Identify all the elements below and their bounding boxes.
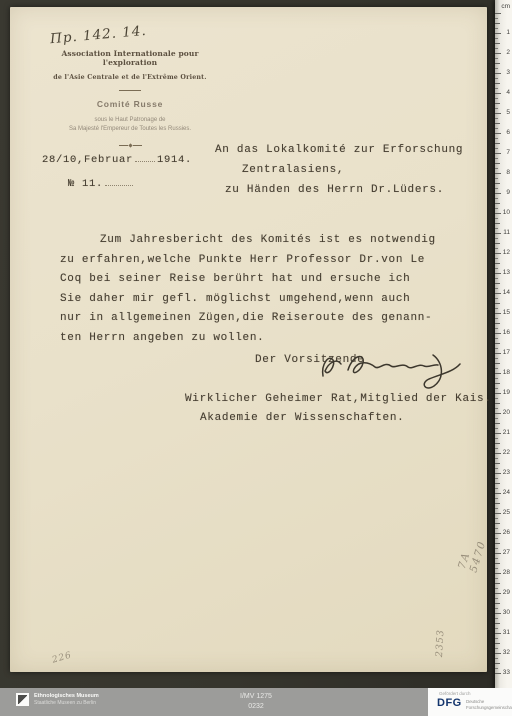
ruler-tick — [495, 598, 498, 599]
ruler-tick — [495, 318, 498, 319]
ruler-tick — [495, 243, 500, 244]
funder-box: Gefördert durch DFG Deutsche Forschungsg… — [428, 688, 512, 716]
ruler-tick — [495, 23, 500, 24]
letterhead-committee: Comité Russe — [40, 99, 220, 109]
ruler-tick — [495, 613, 501, 614]
ruler-tick — [495, 313, 501, 314]
ruler-tick — [495, 378, 498, 379]
ruler-tick — [495, 608, 498, 609]
year-text: 1914. — [157, 154, 192, 166]
ruler-tick — [495, 403, 500, 404]
ruler-tick — [495, 663, 500, 664]
ruler-tick — [495, 158, 498, 159]
ruler-tick — [495, 333, 501, 334]
ruler-tick — [495, 518, 498, 519]
ruler-tick — [495, 513, 501, 514]
ruler-tick — [495, 213, 501, 214]
ruler-tick — [495, 463, 500, 464]
ruler-tick — [495, 263, 500, 264]
ruler-tick — [495, 258, 498, 259]
ruler-tick — [495, 223, 500, 224]
ruler-tick — [495, 473, 501, 474]
ruler-tick-label: 9 — [506, 189, 510, 197]
letterhead-association-line2: de l'Asie Centrale et de l'Extrême Orien… — [40, 74, 220, 81]
ruler-tick — [495, 538, 498, 539]
ruler-tick — [495, 623, 500, 624]
ruler-tick-label: 7 — [506, 149, 510, 157]
ruler-tick — [495, 628, 498, 629]
ruler-tick-label: 2 — [506, 49, 510, 57]
ruler-tick — [495, 603, 500, 604]
ruler-tick — [495, 203, 500, 204]
ruler-tick-label: 24 — [503, 489, 510, 497]
funding-label: Gefördert durch — [439, 691, 471, 696]
address-line: An das Lokalkomité zur Erforschung — [215, 141, 463, 161]
ruler-tick-label: 32 — [503, 649, 510, 657]
funder-name: Deutsche Forschungsgemeinschaft — [466, 699, 512, 710]
ruler-tick — [495, 198, 498, 199]
letter-number-line: № 11. — [68, 178, 135, 190]
ruler-tick-label: 20 — [503, 409, 510, 417]
ruler-tick — [495, 343, 500, 344]
ruler-tick — [495, 478, 498, 479]
ruler-tick — [495, 18, 498, 19]
ruler-tick-label: 5 — [506, 109, 510, 117]
ruler-tick-label: 21 — [503, 429, 510, 437]
ruler-tick — [495, 178, 498, 179]
ruler-tick — [495, 293, 501, 294]
ruler-tick — [495, 303, 500, 304]
ruler-tick-label: 22 — [503, 449, 510, 457]
ruler-tick-label: 3 — [506, 69, 510, 77]
date-line: 28/10,Februar 1914. — [42, 154, 192, 166]
ruler-tick — [495, 68, 498, 69]
ruler-tick — [495, 618, 498, 619]
ruler-tick — [495, 498, 498, 499]
dotted-leader — [135, 161, 155, 162]
ruler-tick — [495, 88, 498, 89]
ruler-tick — [495, 668, 498, 669]
ruler-tick-label: 17 — [503, 349, 510, 357]
ruler-tick-label: 29 — [503, 589, 510, 597]
ruler-tick — [495, 558, 498, 559]
ruler-tick — [495, 268, 498, 269]
ruler-tick — [495, 438, 498, 439]
ruler-tick — [495, 393, 501, 394]
ruler-tick-label: 33 — [503, 669, 510, 677]
viewer-footer: Ethnologisches Museum Staatliche Museen … — [0, 688, 512, 716]
dotted-leader — [105, 185, 133, 186]
ruler-tick-label: 19 — [503, 389, 510, 397]
ruler-tick — [495, 453, 501, 454]
ruler-tick — [495, 173, 501, 174]
ruler-tick-label: 8 — [506, 169, 510, 177]
ruler-tick — [495, 433, 501, 434]
body-line: Sie daher mir gefl. möglichst umgehend,w… — [60, 290, 460, 310]
address-line: zu Händen des Herrn Dr.Lüders. — [225, 181, 463, 201]
ornament-bar — [133, 145, 142, 146]
ruler-tick — [495, 63, 500, 64]
ruler-tick — [495, 643, 500, 644]
handwritten-registry-note: Пр. 142. 14. — [49, 23, 147, 47]
ruler-tick — [495, 253, 501, 254]
ruler-tick — [495, 418, 498, 419]
ruler-tick — [495, 423, 500, 424]
ruler-tick — [495, 638, 498, 639]
ruler-tick — [495, 413, 501, 414]
ruler-tick — [495, 653, 501, 654]
ruler-tick — [495, 443, 500, 444]
ruler-tick — [495, 273, 501, 274]
ruler-tick — [495, 523, 500, 524]
ruler-tick — [495, 648, 498, 649]
ruler-tick-label: 15 — [503, 309, 510, 317]
ruler-tick — [495, 528, 498, 529]
ruler-tick — [495, 483, 500, 484]
body-line: Zum Jahresbericht des Komités ist es not… — [60, 231, 460, 251]
date-text: 28/10,Februar — [42, 154, 133, 166]
ruler-tick — [495, 283, 500, 284]
ruler-tick — [495, 383, 500, 384]
ruler-tick — [495, 353, 501, 354]
letterhead-association-line1: Association Internationale pour l'explor… — [40, 49, 220, 67]
ruler-tick — [495, 573, 501, 574]
ruler-tick — [495, 673, 501, 674]
ruler-tick — [495, 43, 500, 44]
ruler-tick — [495, 183, 500, 184]
ruler-tick — [495, 428, 498, 429]
ruler-tick-label: 14 — [503, 289, 510, 297]
ruler-tick — [495, 103, 500, 104]
ruler-tick — [495, 38, 498, 39]
ruler-tick — [495, 308, 498, 309]
ruler-tick — [495, 148, 498, 149]
body-line: Coq bei seiner Reise berührt hat und ers… — [60, 270, 460, 290]
ruler-tick — [495, 368, 498, 369]
ruler-tick — [495, 163, 500, 164]
ruler-tick — [495, 548, 498, 549]
ruler-tick — [495, 543, 500, 544]
ruler-tick — [495, 408, 498, 409]
ruler-tick — [495, 123, 500, 124]
ruler-tick — [495, 133, 501, 134]
ruler-tick — [495, 233, 501, 234]
ruler-tick — [495, 533, 501, 534]
ruler-tick-label: 12 — [503, 249, 510, 257]
ruler-tick-label: 25 — [503, 509, 510, 517]
letterhead-patronage-line2: Sa Majesté l'Empereur de Toutes les Russ… — [40, 125, 220, 133]
ruler-tick — [495, 583, 500, 584]
ruler-tick — [495, 358, 498, 359]
ruler-tick-label: 18 — [503, 369, 510, 377]
ruler-tick — [495, 143, 500, 144]
signoff-line: Akademie der Wissenschaften. — [200, 412, 404, 424]
ruler-tick — [495, 563, 500, 564]
ruler-tick — [495, 48, 498, 49]
document-page: Пр. 142. 14. Association Internationale … — [10, 7, 487, 672]
ruler-tick — [495, 458, 498, 459]
ruler-tick — [495, 578, 498, 579]
ruler-tick-label: 28 — [503, 569, 510, 577]
ruler-tick — [495, 113, 501, 114]
letter-number: № 11. — [68, 178, 103, 190]
ruler-tick — [495, 323, 500, 324]
ruler-tick-label: 16 — [503, 329, 510, 337]
body-line: zu erfahren,welche Punkte Herr Professor… — [60, 251, 460, 271]
ruler-tick — [495, 503, 500, 504]
pencil-note-bottom-left: 226 — [51, 650, 73, 665]
ruler-tick — [495, 238, 498, 239]
ruler-tick — [495, 388, 498, 389]
ruler-tick — [495, 188, 498, 189]
ruler-tick — [495, 118, 498, 119]
ornament-diamond — [128, 143, 132, 147]
ruler-tick — [495, 468, 498, 469]
ruler-tick — [495, 508, 498, 509]
signature-radloff — [315, 340, 465, 398]
letterhead-divider — [119, 90, 141, 91]
signoff-line: Wirklicher Geheimer Rat,Mitglied der Kai… — [185, 393, 492, 405]
ruler-tick — [495, 53, 501, 54]
ruler-tick — [495, 398, 498, 399]
ruler-tick-label: 10 — [503, 209, 510, 217]
ruler-tick-label: 6 — [506, 129, 510, 137]
ruler-tick — [495, 153, 501, 154]
address-line: Zentralasiens, — [242, 161, 463, 181]
dfg-logo: DFG — [437, 697, 462, 709]
ruler-tick-label: 11 — [503, 229, 510, 237]
ruler-tick — [495, 108, 498, 109]
ruler-tick — [495, 298, 498, 299]
ruler-tick — [495, 78, 498, 79]
ruler-tick — [495, 373, 501, 374]
letterhead-ornament — [40, 144, 220, 147]
ruler-tick — [495, 348, 498, 349]
ruler-tick — [495, 28, 498, 29]
ruler-tick — [495, 128, 498, 129]
ruler-tick — [495, 218, 498, 219]
ruler-tick — [495, 363, 500, 364]
ruler-tick — [495, 13, 501, 14]
ruler-tick-label: 13 — [503, 269, 510, 277]
ruler-tick — [495, 328, 498, 329]
ruler-tick-label: 31 — [503, 629, 510, 637]
ruler-tick — [495, 488, 498, 489]
ruler-tick — [495, 288, 498, 289]
ruler-tick — [495, 593, 501, 594]
address-block: An das Lokalkomité zur Erforschung Zentr… — [215, 141, 463, 200]
ruler-tick — [495, 278, 498, 279]
ruler-tick-label: 26 — [503, 529, 510, 537]
ruler-tick — [495, 138, 498, 139]
ruler-tick-label: 27 — [503, 549, 510, 557]
ruler-tick-label: 30 — [503, 609, 510, 617]
pencil-note-right-upper: 7A 5470 — [456, 536, 489, 574]
funder-name-line: Forschungsgemeinschaft — [466, 705, 512, 711]
ruler-tick-label: 1 — [506, 29, 510, 37]
ornament-bar — [119, 145, 128, 146]
ruler-tick — [495, 448, 498, 449]
pencil-note-right-lower: 2353 — [434, 629, 446, 658]
body-line: nur in allgemeinen Zügen,die Reiseroute … — [60, 309, 460, 329]
ruler-tick — [495, 208, 498, 209]
ruler-tick — [495, 633, 501, 634]
letterhead-patronage-line1: sous le Haut Patronage de — [40, 116, 220, 124]
ruler-tick — [495, 658, 498, 659]
ruler-tick — [495, 228, 498, 229]
ruler-unit-label: cm — [501, 3, 510, 10]
ruler-tick — [495, 33, 501, 34]
ruler-tick — [495, 83, 500, 84]
ruler-tick — [495, 338, 498, 339]
ruler-tick — [495, 168, 498, 169]
ruler: cm 1234567891011121314151617181920212223… — [495, 0, 512, 689]
ruler-tick — [495, 193, 501, 194]
ruler-tick-label: 4 — [506, 89, 510, 97]
ruler-tick — [495, 58, 498, 59]
ruler-tick — [495, 493, 501, 494]
ruler-tick — [495, 98, 498, 99]
ruler-tick — [495, 93, 501, 94]
ruler-tick — [495, 568, 498, 569]
ruler-tick-label: 23 — [503, 469, 510, 477]
letterhead: Association Internationale pour l'explor… — [40, 49, 220, 147]
ruler-tick — [495, 553, 501, 554]
ruler-tick — [495, 248, 498, 249]
scan-viewport: Пр. 142. 14. Association Internationale … — [0, 0, 512, 716]
letter-body: Zum Jahresbericht des Komités ist es not… — [60, 231, 460, 349]
ruler-tick — [495, 73, 501, 74]
ruler-tick — [495, 588, 498, 589]
